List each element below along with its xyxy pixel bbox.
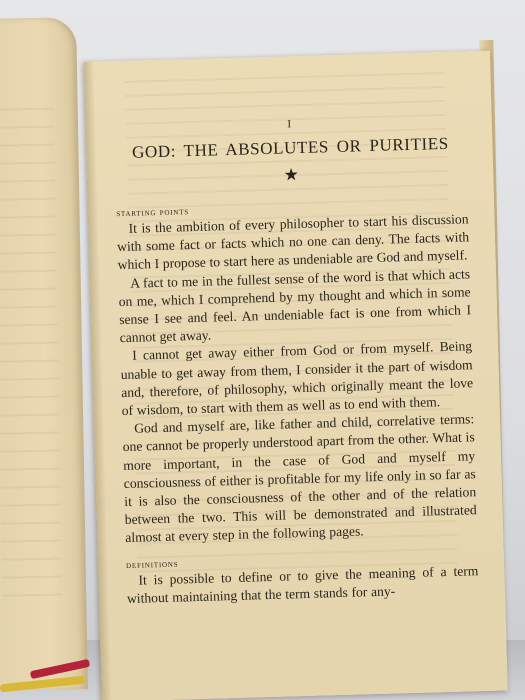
chapter-title: GOD: THE ABSOLUTES OR PURITIES <box>114 133 466 163</box>
paragraph: I cannot get away either from God or fro… <box>120 338 474 421</box>
paragraph: It is the ambition of every philosopher … <box>116 210 469 274</box>
page-content: I GOD: THE ABSOLUTES OR PURITIES ★ START… <box>114 113 479 608</box>
left-page-faded-text <box>0 108 62 609</box>
paragraph: God and myself are, like father and chil… <box>122 410 477 547</box>
star-ornament-icon: ★ <box>115 161 467 188</box>
paragraph: A fact to me in the fullest sense of the… <box>118 265 472 348</box>
page-gutter <box>84 62 112 700</box>
right-page: I GOD: THE ABSOLUTES OR PURITIES ★ START… <box>84 51 508 700</box>
left-page <box>0 17 88 691</box>
